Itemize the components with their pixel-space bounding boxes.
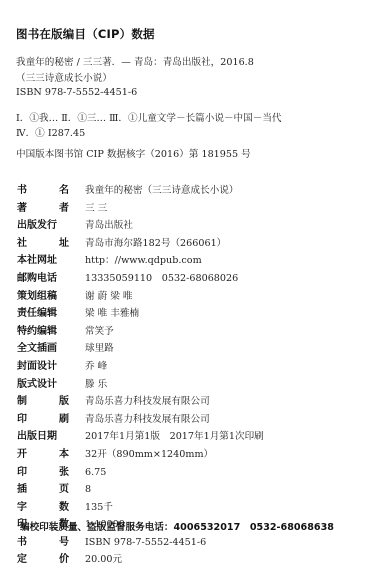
info-row-publish-date: 出版日期 2017年1月第1版 2017年1月第1次印刷 <box>17 427 357 445</box>
info-label: 封面设计 <box>17 357 69 372</box>
cip-series-line: （三三诗意成长小说） <box>16 70 112 84</box>
cip-catalog-line: 中国版本图书馆 CIP 数据核字（2016）第 181955 号 <box>16 146 251 160</box>
info-value: 乔 峰 <box>85 358 107 372</box>
info-label: 印刷 <box>17 410 69 425</box>
info-value: 球里路 <box>85 340 114 354</box>
info-value: 梁 唯 丰雅楠 <box>85 305 139 319</box>
cip-title-line: 我童年的秘密 / 三三著．— 青岛：青岛出版社，2016.8 <box>16 54 254 68</box>
info-label: 书号 <box>17 533 69 548</box>
info-value: 三 三 <box>85 200 107 214</box>
info-value: 常笑予 <box>85 323 114 337</box>
info-label: 责任编辑 <box>17 304 69 319</box>
info-value: 我童年的秘密（三三诗意成长小说） <box>85 182 239 196</box>
info-value: 青岛市海尔路182号（266061） <box>85 235 226 249</box>
info-label: 出版发行 <box>17 216 69 231</box>
info-label: 邮购电话 <box>17 269 69 284</box>
info-row-website: 本社网址 http：//www.qdpub.com <box>17 251 357 269</box>
info-label: 策划组稿 <box>17 287 69 302</box>
cip-isbn-line: ISBN 978-7-5552-4451-6 <box>16 87 137 98</box>
info-row-mail-order-phone: 邮购电话 13335059110 0532-68068026 <box>17 269 357 287</box>
info-value: 滕 乐 <box>85 376 107 390</box>
info-label: 全文插画 <box>17 339 69 354</box>
info-value: 135千 <box>85 499 113 513</box>
info-label: 制版 <box>17 392 69 407</box>
info-row-address: 社址 青岛市海尔路182号（266061） <box>17 234 357 252</box>
info-value: 32开（890mm×1240mm） <box>85 446 213 460</box>
info-value: 13335059110 0532-68068026 <box>85 270 238 284</box>
info-value: 20.00元 <box>85 551 122 565</box>
info-label: 书名 <box>17 181 69 196</box>
quality-hotline-note: 编校印装质量、盗版监督服务电话：4006532017 0532-68068638 <box>20 519 334 533</box>
info-row-cover-design: 封面设计 乔 峰 <box>17 357 357 375</box>
cip-heading: 图书在版编目（CIP）数据 <box>16 26 155 42</box>
copyright-page: 图书在版编目（CIP）数据 我童年的秘密 / 三三著．— 青岛：青岛出版社，20… <box>0 0 375 565</box>
info-value: 谢 蔚 梁 唯 <box>85 288 133 302</box>
info-row-isbn: 书号 ISBN 978-7-5552-4451-6 <box>17 533 357 551</box>
info-label: 著者 <box>17 199 69 214</box>
info-value: 青岛乐喜力科技发展有限公司 <box>85 411 210 425</box>
info-row-title: 书名 我童年的秘密（三三诗意成长小说） <box>17 181 357 199</box>
info-label: 字数 <box>17 498 69 513</box>
info-row-format: 开本 32开（890mm×1240mm） <box>17 445 357 463</box>
info-value: 2017年1月第1版 2017年1月第1次印刷 <box>85 428 264 442</box>
cip-classification-line: Ⅳ．① I287.45 <box>16 125 85 139</box>
info-label: 本社网址 <box>17 251 69 266</box>
info-row-printing: 印刷 青岛乐喜力科技发展有限公司 <box>17 410 357 428</box>
info-label: 社址 <box>17 234 69 249</box>
info-row-word-count: 字数 135千 <box>17 498 357 516</box>
info-label: 插页 <box>17 480 69 495</box>
info-value: 8 <box>85 484 91 495</box>
info-label: 特约编辑 <box>17 322 69 337</box>
info-label: 版式设计 <box>17 375 69 390</box>
info-label: 印张 <box>17 463 69 478</box>
info-row-illustrator: 全文插画 球里路 <box>17 339 357 357</box>
info-label: 出版日期 <box>17 427 69 442</box>
info-row-layout-design: 版式设计 滕 乐 <box>17 375 357 393</box>
info-row-inserts: 插页 8 <box>17 480 357 498</box>
website-link: http：//www.qdpub.com <box>85 252 202 266</box>
info-row-plate-making: 制版 青岛乐喜力科技发展有限公司 <box>17 392 357 410</box>
info-row-price: 定价 20.00元 <box>17 550 357 565</box>
info-value: 青岛乐喜力科技发展有限公司 <box>85 393 210 407</box>
info-row-responsible-editor: 责任编辑 梁 唯 丰雅楠 <box>17 304 357 322</box>
info-value: 6.75 <box>85 467 106 478</box>
info-row-author: 著者 三 三 <box>17 199 357 217</box>
cip-subject-line: Ⅰ．①我… Ⅱ．①三… Ⅲ．①儿童文学－长篇小说－中国－当代 <box>16 110 282 124</box>
publication-info-table: 书名 我童年的秘密（三三诗意成长小说） 著者 三 三 出版发行 青岛出版社 社址… <box>17 181 357 565</box>
info-value: 青岛出版社 <box>85 217 133 231</box>
info-row-publisher: 出版发行 青岛出版社 <box>17 216 357 234</box>
info-label: 定价 <box>17 550 69 565</box>
info-label: 开本 <box>17 445 69 460</box>
info-row-planning-editor: 策划组稿 谢 蔚 梁 唯 <box>17 287 357 305</box>
info-value: ISBN 978-7-5552-4451-6 <box>85 537 206 548</box>
info-row-special-editor: 特约编辑 常笑予 <box>17 322 357 340</box>
info-row-printed-sheets: 印张 6.75 <box>17 463 357 481</box>
